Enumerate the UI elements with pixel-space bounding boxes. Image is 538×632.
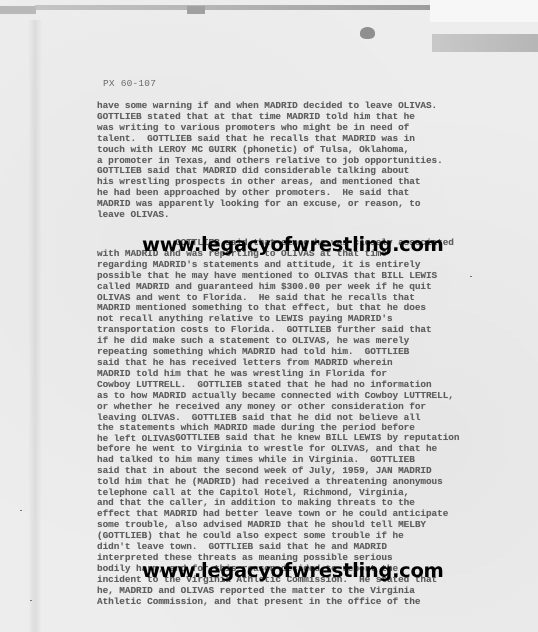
scan-speck [470,276,472,277]
text-line: leave OLIVAS. [97,210,537,221]
text-line: as to how MADRID actually became connect… [97,391,537,402]
text-line: touch with LEROY MC GUIRK (phonetic) of … [97,145,537,156]
watermark-url: www.legacyofwrestling.com [142,559,444,582]
text-line: or whether he received any money or othe… [97,402,537,413]
paragraph-2: GOTTLIEB said that since he was closely … [97,238,537,445]
scan-artifact-mark [187,6,205,14]
scan-artifact-corner [0,6,36,14]
paragraph-1: have some warning if and when MADRID dec… [97,101,537,221]
scan-artifact-top-bar [35,5,430,10]
text-line: called MADRID and guaranteed him $300.00… [97,282,537,293]
text-line: Athletic Commission, and that present in… [97,597,537,608]
scan-edge-highlight [430,0,538,22]
watermark-url: www.legacyofwrestling.com [142,233,444,256]
scanned-document-page: PX 60-107 have some warning if and when … [0,0,538,632]
text-line: told him that he (MADRID) had received a… [97,477,537,488]
file-number: PX 60-107 [103,78,156,89]
scan-speck [20,510,22,511]
text-line: talent. GOTTLIEB said that he recalls th… [97,134,537,145]
page-fold-shadow [28,20,42,632]
text-line: said that in about the second week of Ju… [97,466,537,477]
scan-speck [30,600,32,601]
scan-artifact-shade [432,34,538,52]
text-line: he, MADRID and OLIVAS reported the matte… [97,586,537,597]
punch-hole-mark [360,27,375,39]
